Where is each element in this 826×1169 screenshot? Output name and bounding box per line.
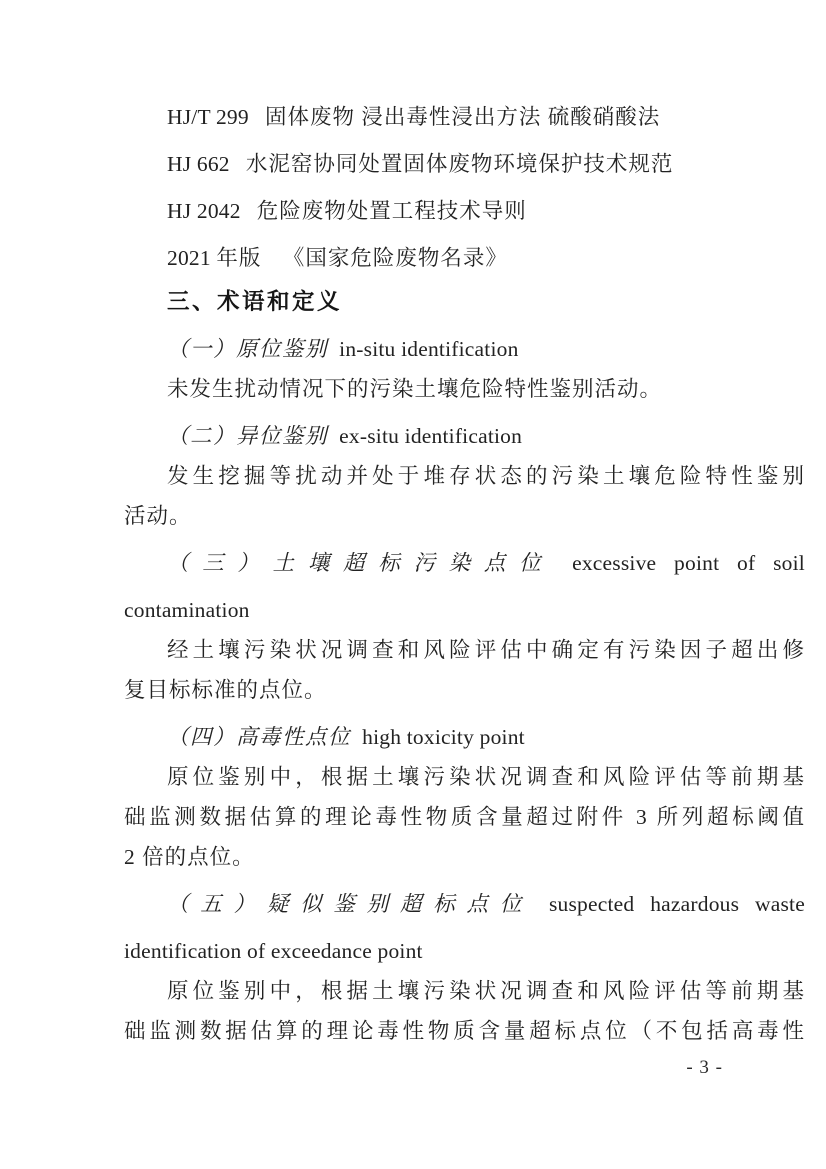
text-segment-kai: （一）原位鉴别 (167, 337, 328, 361)
definition-2-line-2: 活动。 (124, 496, 805, 536)
term-2-ex-situ-identification: （二）异位鉴别 ex-situ identification (124, 416, 805, 456)
term-1-in-situ-identification: （一）原位鉴别 in-situ identification (124, 329, 805, 369)
text-segment-en: in-situ identification (328, 337, 519, 361)
definition-3-line-1: 经土壤污染状况调查和风险评估中确定有污染因子超出修 (124, 630, 805, 670)
text-segment-en: HJ 2042 (167, 199, 241, 223)
text-segment-cn: 年版 (216, 246, 261, 270)
text-segment-cn: 危险废物处置工程技术导则 (257, 199, 527, 223)
text-segment-cn: 2 倍的点位。 (124, 845, 255, 869)
reference-hj-2042: HJ 2042 危险废物处置工程技术导则 (124, 188, 805, 235)
text-segment-sp (261, 246, 283, 270)
text-segment-cn: 固体废物 浸出毒性浸出方法 硫酸硝酸法 (265, 105, 660, 129)
text-segment-en: identification of exceedance point (124, 939, 423, 963)
text-segment-sp (230, 152, 246, 176)
text-segment-kai: （二）异位鉴别 (167, 424, 328, 448)
definition-1-line-1: 未发生扰动情况下的污染土壤危险特性鉴别活动。 (124, 369, 805, 409)
text-segment-cn: 础监测数据估算的理论毒性物质含量超过附件 3 所列超标阈值 (124, 805, 805, 829)
definition-2-line-1: 发生挖掘等扰动并处于堆存状态的污染土壤危险特性鉴别 (124, 456, 805, 496)
text-segment-kai: （五）疑似鉴别超标点位 (167, 892, 533, 916)
text-segment-en: HJ/T 299 (167, 105, 249, 129)
definition-4-line-3: 2 倍的点位。 (124, 837, 805, 877)
definition-4-line-2: 础监测数据估算的理论毒性物质含量超过附件 3 所列超标阈值 (124, 797, 805, 837)
text-segment-cn: 础监测数据估算的理论毒性物质含量超标点位（不包括高毒性 (124, 1019, 805, 1043)
text-segment-cn: 原位鉴别中，根据土壤污染状况调查和风险评估等前期基 (167, 765, 805, 789)
term-4-high-toxicity-point: （四）高毒性点位 high toxicity point (124, 717, 805, 757)
text-segment-en: HJ 662 (167, 152, 230, 176)
term-3-excessive-point-of-soil-contamination: （三）土壤超标污染点位 excessive point of soil (124, 543, 805, 583)
text-segment-sp (241, 199, 257, 223)
text-segment-hei: 三、术语和定义 (167, 289, 342, 314)
term-5-line-2: identification of exceedance point (124, 931, 805, 971)
definition-5-line-1: 原位鉴别中，根据土壤污染状况调查和风险评估等前期基 (124, 971, 805, 1011)
text-segment-cn: 复目标标准的点位。 (124, 678, 327, 702)
text-segment-cn: 原位鉴别中，根据土壤污染状况调查和风险评估等前期基 (167, 979, 805, 1003)
term-3-line-2: contamination (124, 590, 805, 630)
term-5-suspected-hazardous-waste-identification: （五）疑似鉴别超标点位 suspected hazardous waste (124, 884, 805, 924)
text-segment-kai: （四）高毒性点位 (167, 725, 351, 749)
page-number: - 3 - (686, 1057, 723, 1079)
text-segment-cn: 《国家危险废物名录》 (283, 246, 508, 270)
document-page: HJ/T 299 固体废物 浸出毒性浸出方法 硫酸硝酸法HJ 662 水泥窑协同… (0, 0, 826, 1169)
text-segment-kai: （三）土壤超标污染点位 (167, 551, 554, 575)
text-segment-en: high toxicity point (351, 725, 525, 749)
text-segment-cn: 活动。 (124, 504, 192, 528)
document-content: HJ/T 299 固体废物 浸出毒性浸出方法 硫酸硝酸法HJ 662 水泥窑协同… (124, 94, 805, 1051)
text-segment-cn: 水泥窑协同处置固体废物环境保护技术规范 (246, 152, 674, 176)
definition-5-line-2: 础监测数据估算的理论毒性物质含量超标点位（不包括高毒性 (124, 1011, 805, 1051)
text-segment-cn: 经土壤污染状况调查和风险评估中确定有污染因子超出修 (167, 638, 805, 662)
definition-4-line-1: 原位鉴别中，根据土壤污染状况调查和风险评估等前期基 (124, 757, 805, 797)
text-segment-en: excessive point of soil (554, 551, 805, 575)
text-segment-sp (249, 105, 265, 129)
text-segment-en: contamination (124, 598, 250, 622)
section-heading-terms-and-definitions: 三、术语和定义 (124, 282, 805, 322)
text-segment-cn: 发生挖掘等扰动并处于堆存状态的污染土壤危险特性鉴别 (167, 464, 805, 488)
text-segment-en: ex-situ identification (328, 424, 522, 448)
text-segment-cn: 未发生扰动情况下的污染土壤危险特性鉴别活动。 (167, 377, 662, 401)
reference-hj-662: HJ 662 水泥窑协同处置固体废物环境保护技术规范 (124, 141, 805, 188)
definition-3-line-2: 复目标标准的点位。 (124, 670, 805, 710)
text-segment-en: 2021 (167, 246, 216, 270)
reference-hjt-299: HJ/T 299 固体废物 浸出毒性浸出方法 硫酸硝酸法 (124, 94, 805, 141)
text-segment-en: suspected hazardous waste (533, 892, 805, 916)
reference-2021-catalog: 2021 年版 《国家危险废物名录》 (124, 235, 805, 282)
